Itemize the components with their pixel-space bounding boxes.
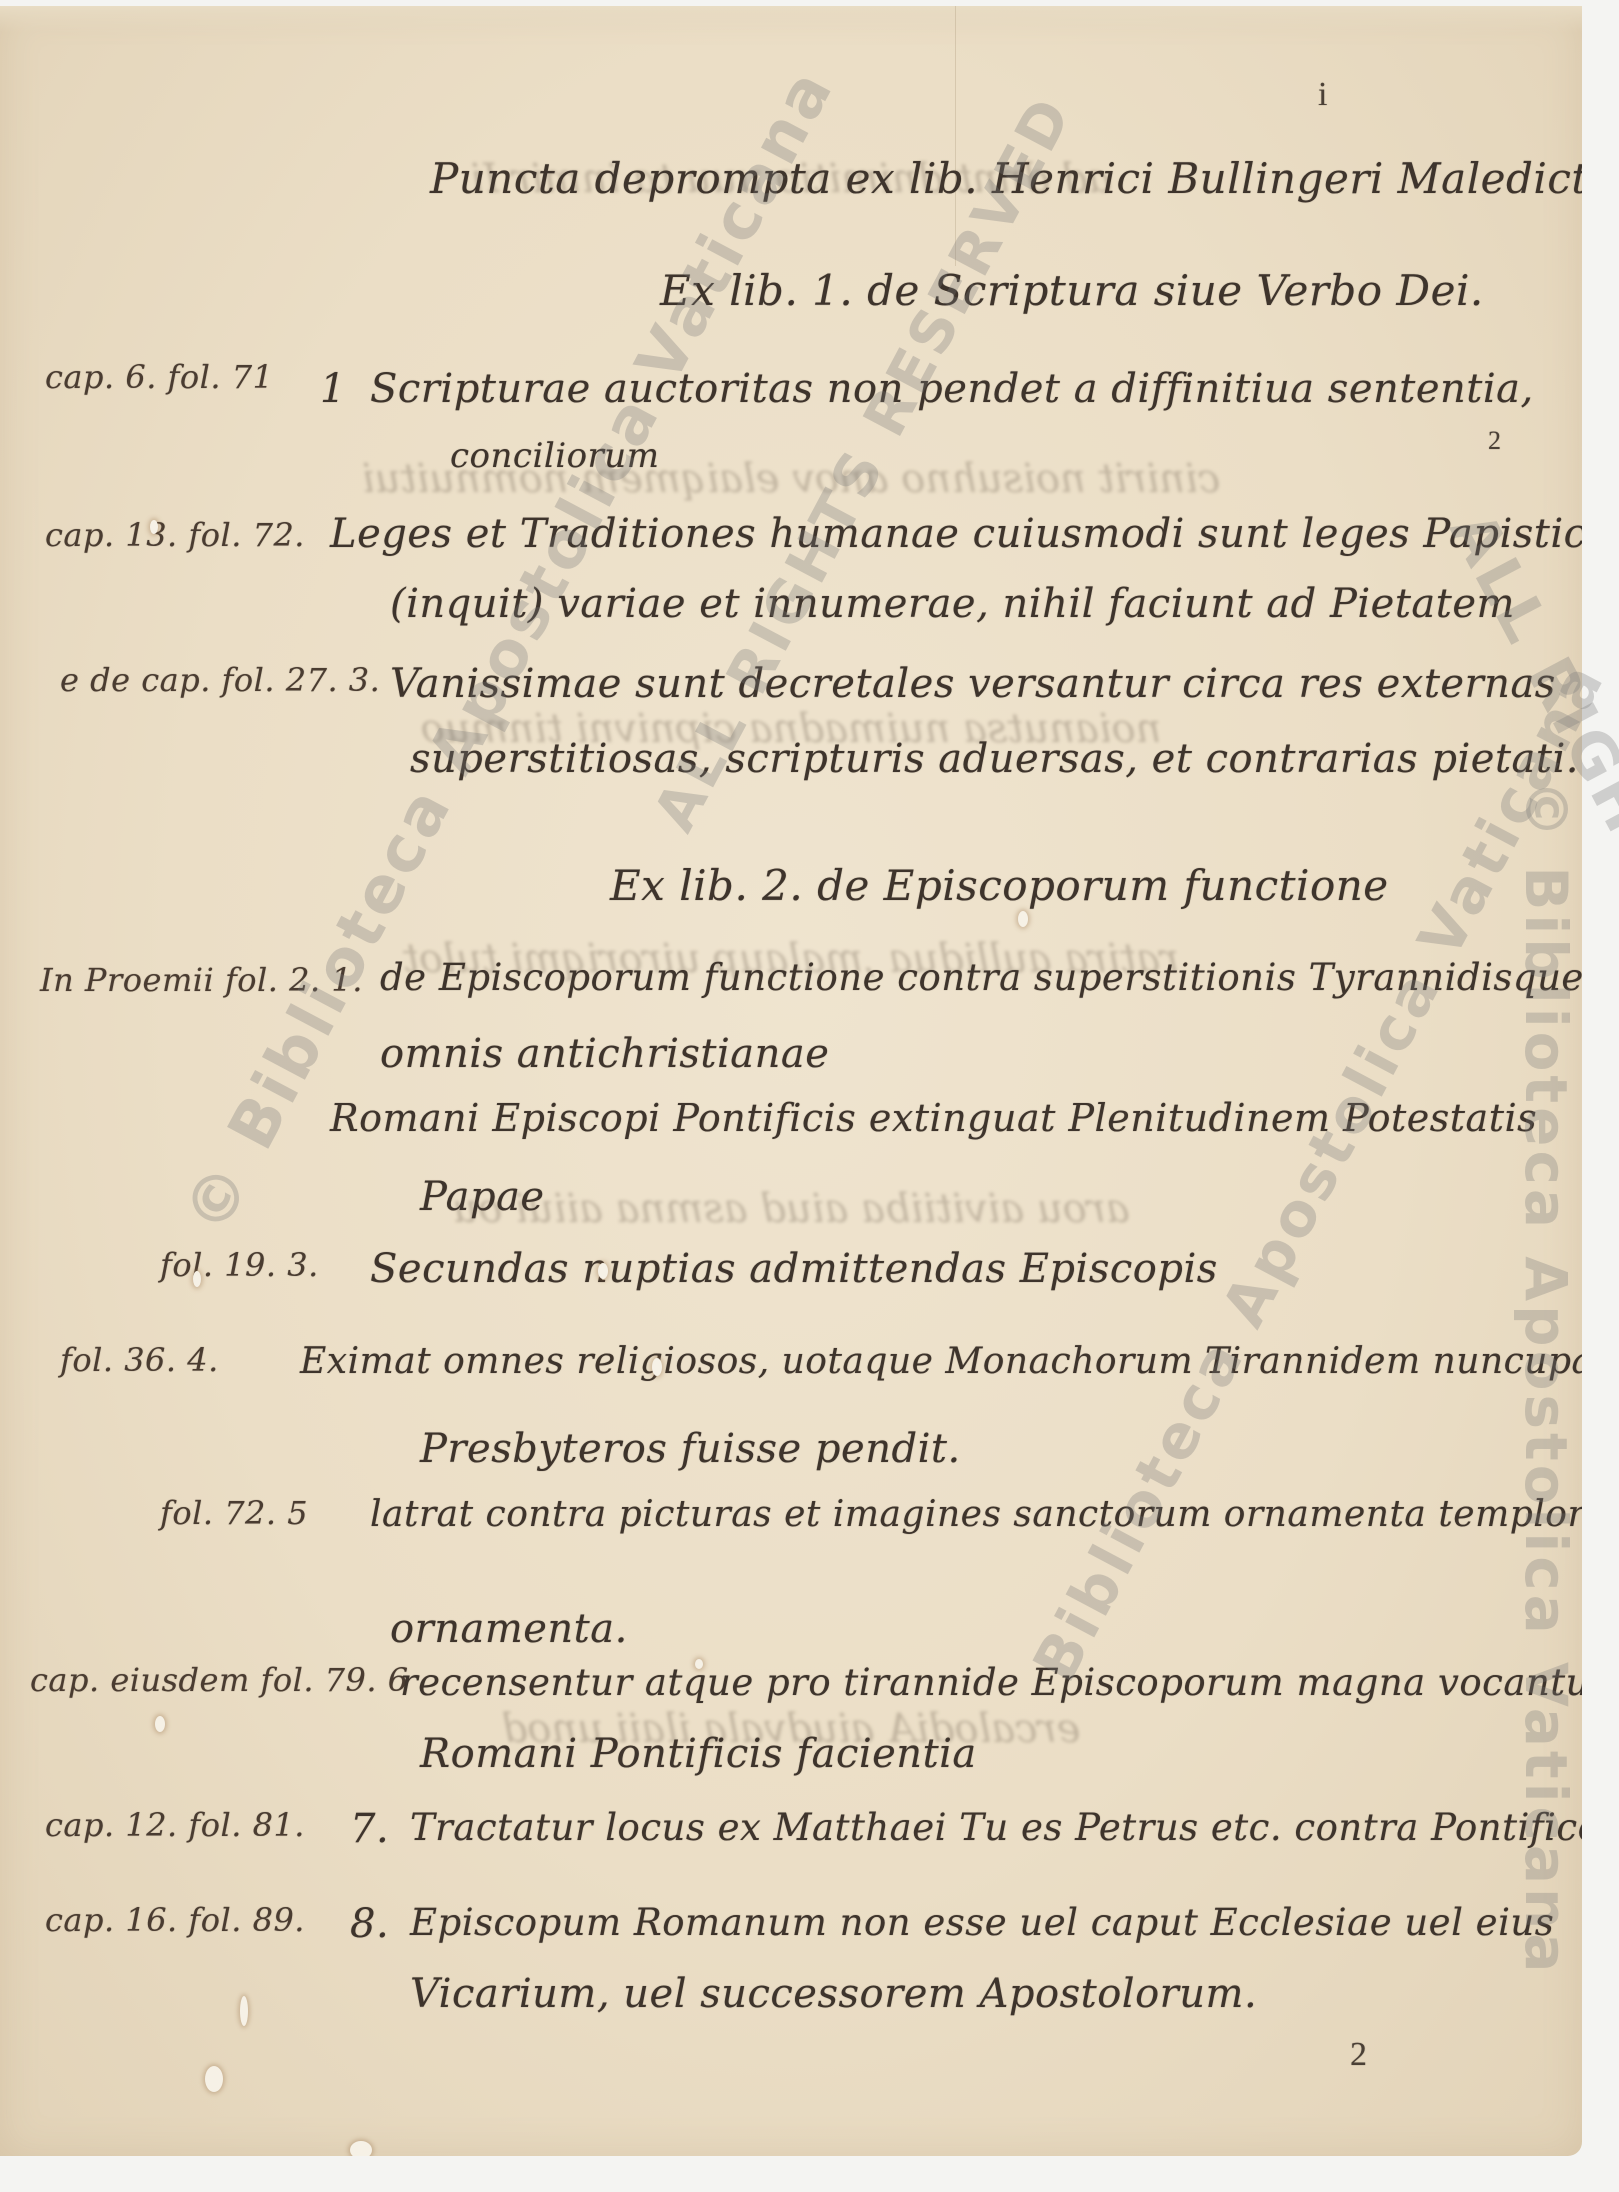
entry-text: Secundas nuptias admittendas Episcopis xyxy=(370,1246,1218,1292)
folio-number-top: i xyxy=(1318,76,1328,114)
entry-text: Vanissimae sunt decretales versantur cir… xyxy=(390,661,1556,707)
section-heading-1: Ex lib. 1. de Scriptura siue Verbo Dei. xyxy=(660,266,1484,315)
entry-number: 8. xyxy=(350,1901,389,1947)
entry-text: latrat contra picturas et imagines sanct… xyxy=(370,1494,1582,1535)
paper-hole xyxy=(150,520,158,534)
entry-text: recensentur atque pro tirannide Episcopo… xyxy=(400,1661,1582,1704)
paper-hole xyxy=(695,1659,703,1669)
paper-hole xyxy=(205,2066,223,2092)
entry-continuation: superstitiosas, scripturis aduersas, et … xyxy=(410,736,1579,782)
entry-text: Episcopum Romanum non esse uel caput Ecc… xyxy=(410,1901,1554,1944)
entry-reference: cap. eiusdem fol. 79. 6 xyxy=(30,1661,409,1699)
entry-continuation: Vicarium, uel successorem Apostolorum. xyxy=(410,1971,1257,2017)
paper-hole xyxy=(155,1716,165,1732)
entry-continuation: Papae xyxy=(420,1174,545,1220)
page-number: 2 xyxy=(1350,2036,1368,2074)
entry-text: Tractatur locus ex Matthaei Tu es Petrus… xyxy=(410,1806,1582,1849)
entry-text: Eximat omnes religiosos, uotaque Monacho… xyxy=(300,1341,1582,1382)
paper-hole xyxy=(1018,911,1028,927)
entry-continuation: Presbyteros fuisse pendit. xyxy=(420,1426,961,1472)
entry-text: Leges et Traditiones humanae cuiusmodi s… xyxy=(330,511,1582,557)
entry-reference: fol. 19. 3. xyxy=(160,1246,319,1284)
entry-continuation: Romani Pontificis facientia xyxy=(420,1731,977,1777)
entry-reference: cap. 13. fol. 72. xyxy=(45,516,305,554)
bleed-through: cinirit noisuhno anov elaiqmem nomnuitui xyxy=(0,456,1582,502)
paper-hole xyxy=(652,1358,662,1376)
paper-hole xyxy=(240,1996,248,2026)
margin-mark: 2 xyxy=(1488,426,1502,456)
entry-reference: fol. 36. 4. xyxy=(60,1341,219,1379)
section-heading-2: Ex lib. 2. de Episcoporum functione xyxy=(610,861,1389,910)
watermark-library-right: © Biblioteca Apostolica Vaticana xyxy=(1512,780,1580,1976)
entry-number: 7. xyxy=(350,1806,389,1852)
entry-text: Scripturae auctoritas non pendet a diffi… xyxy=(370,366,1534,412)
watermark-text: Biblioteca Apostolica Vaticana xyxy=(1512,866,1580,1976)
entry-number: 1 xyxy=(320,366,346,412)
entry-reference: e de cap. fol. 27. 3. xyxy=(60,661,380,699)
paper-hole xyxy=(350,2141,372,2156)
entry-reference: cap. 12. fol. 81. xyxy=(45,1806,305,1844)
entry-continuation: omnis antichristianae xyxy=(380,1031,829,1077)
entry-continuation: ornamenta. xyxy=(390,1606,628,1652)
paper-hole xyxy=(193,1271,201,1287)
entry-reference: fol. 72. 5 xyxy=(160,1494,308,1532)
entry-reference: cap. 16. fol. 89. xyxy=(45,1901,305,1939)
paper-hole xyxy=(598,1263,608,1279)
entry-reference: cap. 6. fol. 71 xyxy=(45,358,273,396)
